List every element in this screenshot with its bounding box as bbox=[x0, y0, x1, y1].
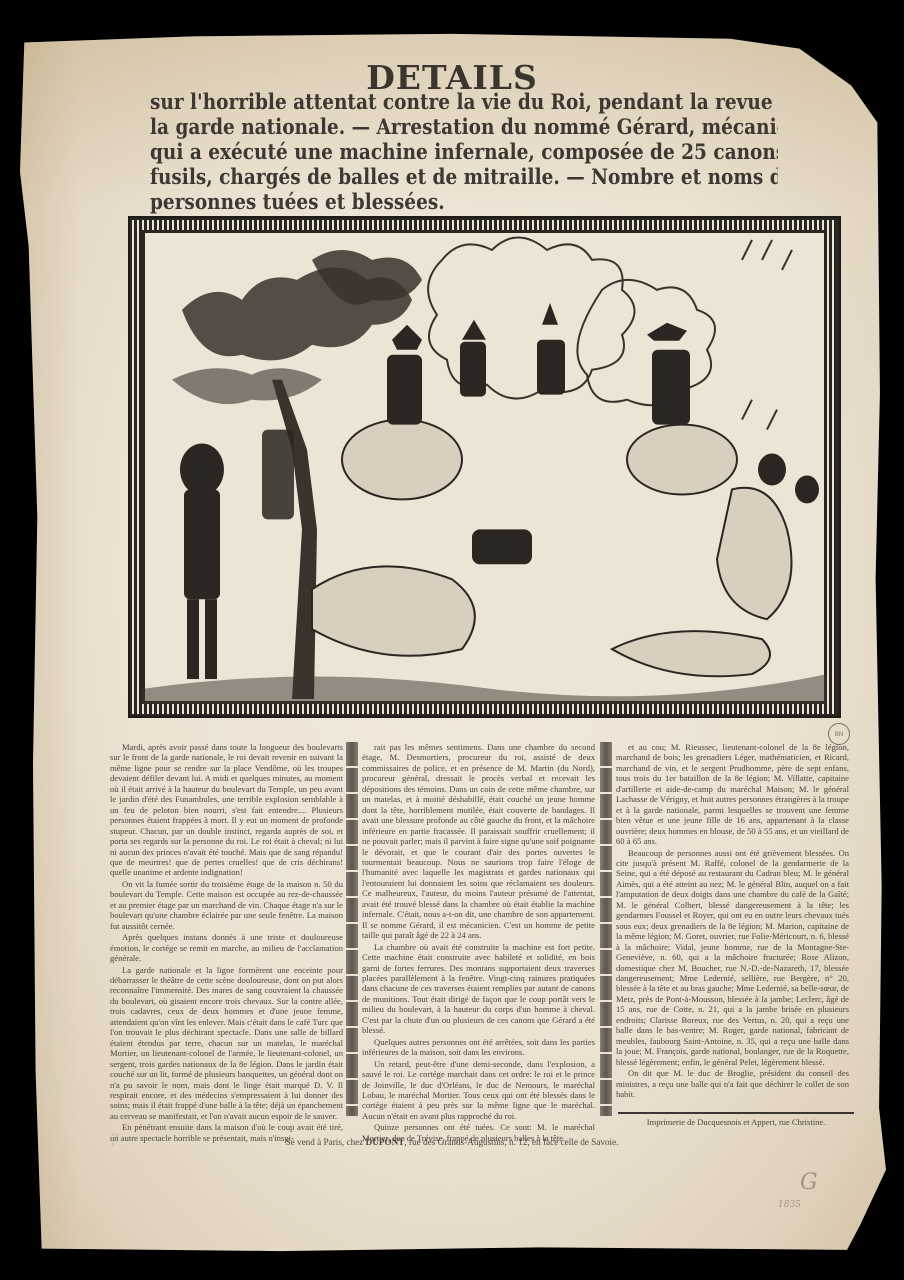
printer-imprint: Imprimerie de Ducquesnois et Appert, rue… bbox=[618, 1117, 854, 1127]
woodcut-scene-icon bbox=[142, 230, 827, 704]
printer-rule-divider bbox=[618, 1112, 854, 1114]
paragraph: Quelques autres personnes ont été arrêté… bbox=[362, 1037, 595, 1058]
paragraph: La chambre où avait été construite la ma… bbox=[362, 942, 595, 1036]
pencil-mark: G bbox=[800, 1170, 818, 1195]
subtitle-line: sur l'horrible attentat contre la vie du… bbox=[150, 90, 778, 115]
paragraph: On dit que M. le duc de Broglie, préside… bbox=[616, 1068, 849, 1099]
seller-prefix: Se vend à Paris, chez bbox=[286, 1137, 366, 1147]
woodcut-scene bbox=[142, 230, 827, 704]
subtitle-line: personnes tuées et blessées. bbox=[150, 190, 445, 215]
article-columns: Mardi, après avoir passé dans toute la l… bbox=[110, 742, 855, 1122]
pencil-mark: 1835 bbox=[778, 1200, 801, 1210]
seller-name: DUPONT bbox=[366, 1137, 405, 1147]
column-ornament-divider bbox=[346, 742, 358, 1116]
woodcut-illustration bbox=[128, 216, 841, 718]
article-column-1: Mardi, après avoir passé dans toute la l… bbox=[110, 742, 343, 1144]
subtitle-line: fusils, chargés de balles et de mitraill… bbox=[150, 165, 778, 190]
subtitle-line: qui a exécuté une machine infernale, com… bbox=[150, 140, 778, 165]
subtitle-line: la garde nationale. — Arrestation du nom… bbox=[150, 115, 778, 140]
paragraph: La garde nationale et la ligne formèrent… bbox=[110, 965, 343, 1122]
seller-line: Se vend à Paris, chez DUPONT, rue des Gr… bbox=[0, 1137, 904, 1147]
paragraph: et au cou; M. Rieussec, lieutenant-colon… bbox=[616, 742, 849, 847]
article-column-3: et au cou; M. Rieussec, lieutenant-colon… bbox=[616, 742, 849, 1100]
paragraph: Beaucoup de personnes aussi ont été griè… bbox=[616, 848, 849, 1068]
document-subtitle: sur l'horrible attentat contre la vie du… bbox=[150, 90, 778, 215]
seller-suffix: , rue des Grands-Augustins, n. 12, en fa… bbox=[404, 1137, 618, 1147]
paragraph: Un retard, peut-être d'une demi-seconde,… bbox=[362, 1059, 595, 1122]
pencil-mark: ? bbox=[110, 1130, 119, 1149]
article-column-2: rait pas les mêmes sentimens. Dans une c… bbox=[362, 742, 595, 1144]
paragraph: Après quelques instans donnés à une tris… bbox=[110, 932, 343, 963]
paragraph: Mardi, après avoir passé dans toute la l… bbox=[110, 742, 343, 878]
column-ornament-divider bbox=[600, 742, 612, 1116]
paragraph: On vit la fumée sortir du troisième étag… bbox=[110, 879, 343, 931]
paragraph: rait pas les mêmes sentimens. Dans une c… bbox=[362, 742, 595, 941]
